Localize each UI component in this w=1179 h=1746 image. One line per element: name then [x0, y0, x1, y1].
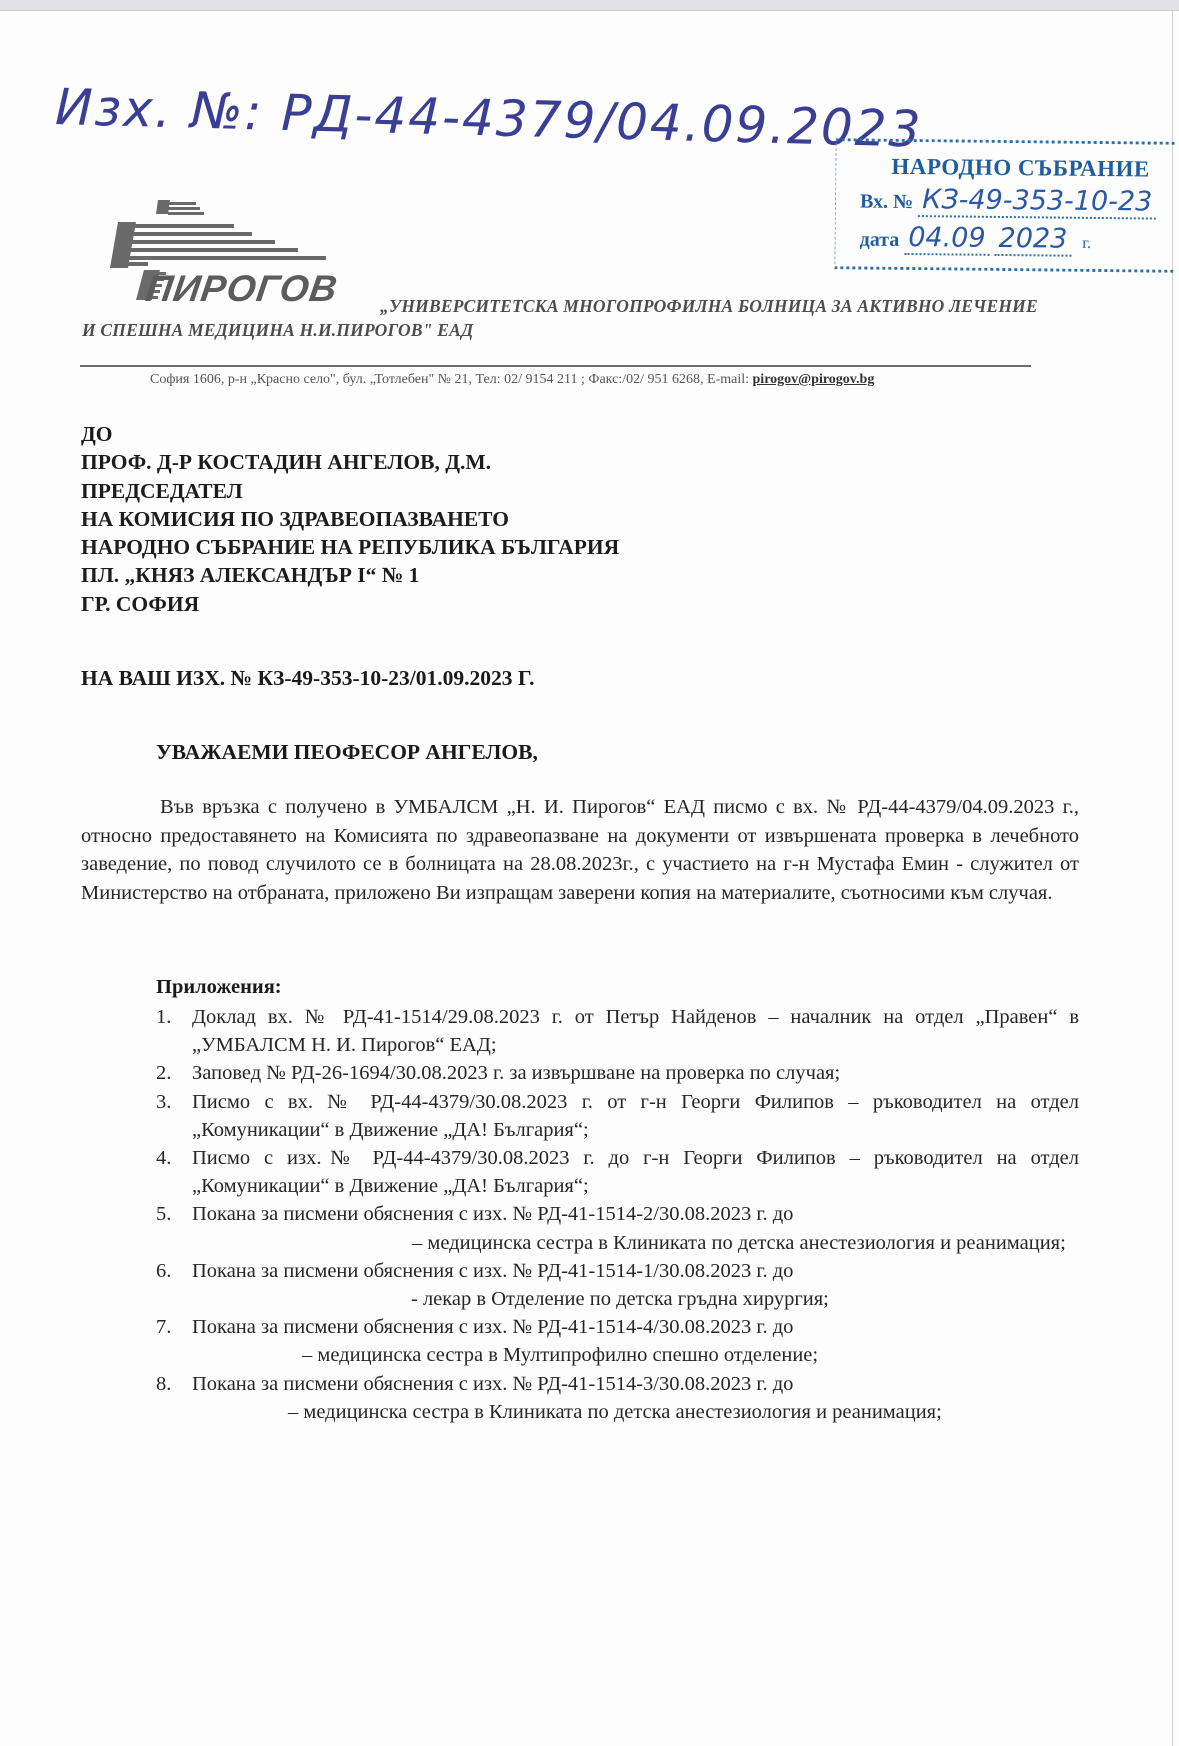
- stamp-year-value: 2023: [994, 223, 1071, 257]
- item-number: 2.: [156, 1059, 171, 1087]
- item-text: Доклад вх. № РД-41-1514/29.08.2023 г. от…: [192, 1006, 1079, 1056]
- attachment-item: 1.Доклад вх. № РД-41-1514/29.08.2023 г. …: [156, 1003, 1079, 1059]
- addressee-line: ГР. СОФИЯ: [81, 590, 619, 618]
- stamp-title: НАРОДНО СЪБРАНИЕ: [891, 154, 1150, 183]
- registry-stamp: НАРОДНО СЪБРАНИЕ Вх. № КЗ-49-353-10-23 д…: [834, 138, 1174, 273]
- item-continuation: – медицинска сестра в Клиниката по детск…: [192, 1398, 1079, 1426]
- item-number: 3.: [156, 1088, 171, 1116]
- addressee-line: ПРОФ. Д-Р КОСТАДИН АНГЕЛОВ, Д.М.: [81, 448, 619, 476]
- attachment-item: 2.Заповед № РД-26-1694/30.08.2023 г. за …: [156, 1059, 1079, 1087]
- attachments-list: 1.Доклад вх. № РД-41-1514/29.08.2023 г. …: [156, 1003, 1079, 1426]
- stamp-date-label: дата: [860, 228, 900, 250]
- org-name-line-1: „УНИВЕРСИТЕТСКА МНОГОПРОФИЛНА БОЛНИЦА ЗА…: [380, 296, 1038, 317]
- item-continuation: – медицинска сестра в Клиниката по детск…: [192, 1229, 1079, 1257]
- addressee-line: НАРОДНО СЪБРАНИЕ НА РЕПУБЛИКА БЪЛГАРИЯ: [81, 533, 619, 561]
- addressee-line: ПРЕДСЕДАТЕЛ: [81, 477, 619, 505]
- item-number: 6.: [156, 1257, 171, 1285]
- addressee-block: ДО ПРОФ. Д-Р КОСТАДИН АНГЕЛОВ, Д.М. ПРЕД…: [81, 420, 619, 618]
- item-text: Заповед № РД-26-1694/30.08.2023 г. за из…: [192, 1062, 840, 1084]
- addressee-line: ПЛ. „КНЯЗ АЛЕКСАНДЪР I“ № 1: [81, 561, 619, 589]
- stamp-incoming-number: КЗ-49-353-10-23: [918, 184, 1156, 219]
- item-continuation: – медицинска сестра в Мултипрофилно спеш…: [192, 1341, 1079, 1369]
- salutation: УВАЖАЕМИ ПЕОФЕСОР АНГЕЛОВ,: [156, 740, 538, 765]
- item-number: 4.: [156, 1144, 171, 1172]
- logo-wordmark: ПИРОГОВ: [143, 268, 340, 310]
- addressee-line: НА КОМИСИЯ ПО ЗДРАВЕОПАЗВАНЕТО: [81, 505, 619, 533]
- item-text: Покана за писмени обяснения с изх. № РД-…: [192, 1316, 793, 1338]
- letterhead-divider: [80, 365, 1031, 367]
- stamp-year-suffix: г.: [1082, 235, 1091, 252]
- reference-line: НА ВАШ ИЗХ. № КЗ-49-353-10-23/01.09.2023…: [81, 666, 535, 691]
- item-number: 5.: [156, 1200, 171, 1228]
- item-text: Покана за писмени обяснения с изх. № РД-…: [192, 1203, 793, 1225]
- item-number: 7.: [156, 1313, 171, 1341]
- item-text: Писмо с изх.№ РД-44-4379/30.08.2023 г. д…: [192, 1147, 1079, 1197]
- attachment-item: 3.Писмо с вх. № РД-44-4379/30.08.2023 г.…: [156, 1088, 1079, 1144]
- contact-line: София 1606, р-н „Красно село", бул. „Тот…: [150, 372, 874, 388]
- handwritten-outgoing-number: Изх. №: РД-44-4379/04.09.2023: [54, 78, 923, 159]
- item-number: 1.: [156, 1003, 171, 1031]
- attachment-item: 5.Покана за писмени обяснения с изх. № Р…: [156, 1200, 1079, 1256]
- attachment-item: 4.Писмо с изх.№ РД-44-4379/30.08.2023 г.…: [156, 1144, 1079, 1200]
- item-number: 8.: [156, 1370, 171, 1398]
- attachment-item: 6.Покана за писмени обяснения с изх. № Р…: [156, 1257, 1079, 1313]
- viewer-top-bar: [0, 0, 1179, 11]
- item-continuation: - лекар в Отделение по детска гръдна хир…: [192, 1285, 1079, 1313]
- body-paragraph: Във връзка с получено в УМБАЛСМ „Н. И. П…: [81, 793, 1079, 908]
- attachment-item: 7.Покана за писмени обяснения с изх. № Р…: [156, 1313, 1079, 1369]
- stamp-incoming-label: Вх. №: [860, 190, 913, 213]
- contact-text: София 1606, р-н „Красно село", бул. „Тот…: [150, 372, 753, 387]
- addressee-line: ДО: [81, 420, 619, 448]
- attachments-title: Приложения:: [156, 976, 282, 999]
- item-text: Покана за писмени обяснения с изх. № РД-…: [192, 1373, 793, 1395]
- attachment-item: 8.Покана за писмени обяснения с изх. № Р…: [156, 1370, 1079, 1426]
- item-text: Писмо с вх. № РД-44-4379/30.08.2023 г. о…: [192, 1091, 1079, 1141]
- org-name-line-2: И СПЕШНА МЕДИЦИНА Н.И.ПИРОГОВ" ЕАД: [82, 320, 473, 341]
- email-link[interactable]: pirogov@pirogov.bg: [753, 372, 875, 387]
- item-text: Покана за писмени обяснения с изх. № РД-…: [192, 1260, 793, 1282]
- stamp-date-value: 04.09: [904, 222, 990, 256]
- stamp-date-row: дата 04.09 2023 г.: [860, 221, 1092, 254]
- stamp-incoming-row: Вх. № КЗ-49-353-10-23: [860, 183, 1157, 217]
